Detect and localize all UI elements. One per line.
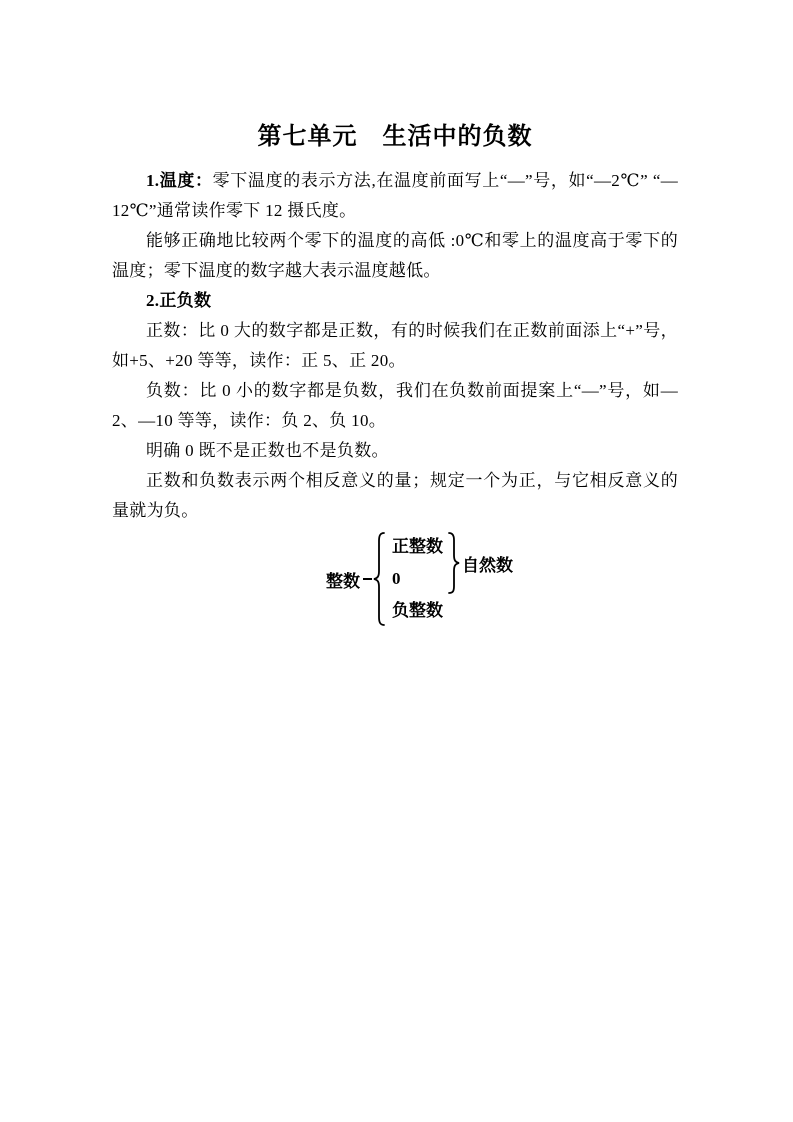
paragraph-zero-text: 明确 0 既不是正数也不是负数。 bbox=[146, 441, 389, 460]
document-content: 第七单元 生活中的负数 1.温度：零下温度的表示方法,在温度前面写上“—”号，如… bbox=[112, 120, 678, 627]
connector-line bbox=[363, 578, 372, 580]
paragraph-positive-numbers: 正数：比 0 大的数字都是正数，有的时候我们在正数前面添上“+”号，如+5、+2… bbox=[112, 316, 678, 376]
diagram-item-zero: 0 bbox=[392, 563, 443, 595]
heading-positive-negative-label: 2.正负数 bbox=[146, 291, 211, 310]
paragraph-opposite-quantities: 正数和负数表示两个相反意义的量；规定一个为正，与它相反意义的量就为负。 bbox=[112, 466, 678, 526]
document-page: 第七单元 生活中的负数 1.温度：零下温度的表示方法,在温度前面写上“—”号，如… bbox=[0, 0, 793, 1122]
paragraph-temperature: 1.温度：零下温度的表示方法,在温度前面写上“—”号，如“—2℃” “—12℃”… bbox=[112, 166, 678, 226]
page-title: 第七单元 生活中的负数 bbox=[112, 120, 678, 154]
integer-classification-diagram: 整数 正整数 0 负整数 自然数 bbox=[326, 531, 678, 627]
paragraph-temperature-lead: 1.温度： bbox=[146, 171, 213, 190]
paragraph-compare: 能够正确地比较两个零下的温度的高低 :0℃和零上的温度高于零下的温度；零下温度的… bbox=[112, 226, 678, 286]
paragraph-compare-text: 能够正确地比较两个零下的温度的高低 :0℃和零上的温度高于零下的温度；零下温度的… bbox=[112, 231, 678, 280]
diagram-natural-numbers-group: 自然数 bbox=[447, 531, 513, 595]
diagram-subset-label: 自然数 bbox=[462, 551, 513, 576]
diagram-root-label: 整数 bbox=[326, 567, 360, 592]
paragraph-positive-numbers-text: 正数：比 0 大的数字都是正数，有的时候我们在正数前面添上“+”号，如+5、+2… bbox=[112, 321, 678, 370]
diagram-item-negative-integers: 负整数 bbox=[392, 595, 443, 627]
left-brace-icon bbox=[372, 531, 386, 627]
paragraph-negative-numbers-text: 负数：比 0 小的数字都是负数，我们在负数前面提案上“—”号，如—2、—10 等… bbox=[112, 381, 678, 430]
heading-positive-negative: 2.正负数 bbox=[112, 286, 678, 316]
paragraph-opposite-quantities-text: 正数和负数表示两个相反意义的量；规定一个为正，与它相反意义的量就为负。 bbox=[112, 471, 678, 520]
diagram-item-positive-integers: 正整数 bbox=[392, 531, 443, 563]
right-brace-icon bbox=[447, 531, 461, 595]
paragraph-negative-numbers: 负数：比 0 小的数字都是负数，我们在负数前面提案上“—”号，如—2、—10 等… bbox=[112, 376, 678, 436]
diagram-items: 正整数 0 负整数 bbox=[386, 531, 443, 627]
paragraph-zero: 明确 0 既不是正数也不是负数。 bbox=[112, 436, 678, 466]
